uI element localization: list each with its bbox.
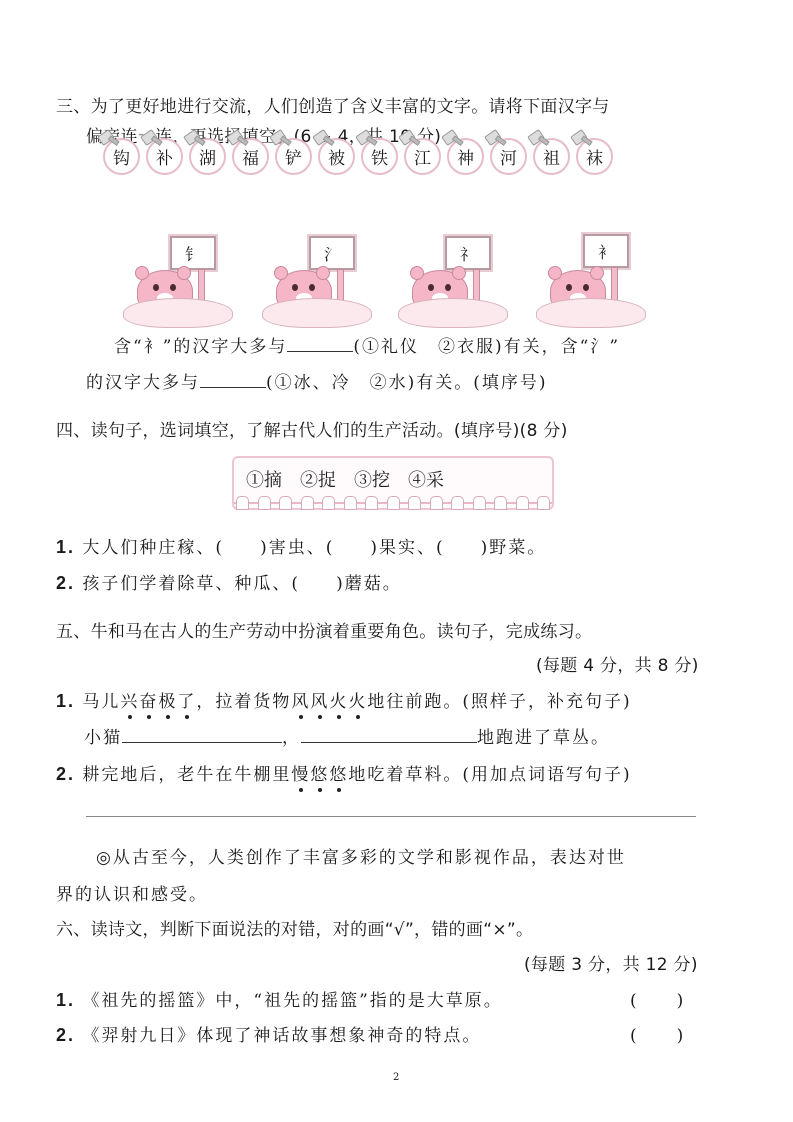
true-false-answer-1[interactable]: ( ) <box>630 986 685 1011</box>
mole-ear <box>548 266 562 280</box>
mole-eye <box>170 284 176 291</box>
mole-radical-card[interactable]: 衤 <box>528 234 658 319</box>
mole-ear <box>274 266 288 280</box>
section5-question-2: 2. 耕完地后，老牛在牛棚里慢悠悠地吃着草料。(用加点词语写句子) <box>56 760 632 785</box>
mole-radical-card[interactable]: 钅 <box>115 236 245 321</box>
fence-decoration <box>236 496 550 510</box>
mole-radical-card[interactable]: 氵 <box>254 236 384 321</box>
char-bubble[interactable]: 钩 <box>103 138 140 175</box>
section4-question-1: 1. 大人们种庄稼、()害虫、()果实、()野菜。 <box>56 533 546 558</box>
character-bubble-row: 钩 补 湖 福 铲 被 铁 江 神 河 祖 袜 <box>103 138 613 175</box>
cloud-icon <box>123 298 233 328</box>
radical-sign: 衤 <box>583 234 629 268</box>
mole-eye <box>309 284 315 291</box>
dotted-char: 火 <box>348 687 367 712</box>
mole-eye <box>445 284 451 291</box>
mole-ear <box>590 266 604 280</box>
char-bubble[interactable]: 神 <box>447 138 484 175</box>
word-options: ①摘 ②捉 ③挖 ④采 <box>246 466 444 492</box>
mole-eye <box>292 284 298 291</box>
char-bubble[interactable]: 补 <box>146 138 183 175</box>
char-bubble[interactable]: 河 <box>490 138 527 175</box>
section5-question-1: 1. 马儿兴奋极了，拉着货物风风火火地往前跑。(照样子，补充句子) <box>56 687 632 712</box>
dotted-char: 火 <box>329 687 348 712</box>
char-bubble[interactable]: 祖 <box>533 138 570 175</box>
mole-ear <box>316 266 330 280</box>
section3-fill-line2: 的汉字大多与(①冰、冷 ②水)有关。(填序号) <box>86 368 548 393</box>
dotted-char: 悠 <box>329 760 348 785</box>
section5-question-1-fill: 小猫，地跑进了草丛。 <box>84 723 610 748</box>
section6-title: 六、读诗文，判断下面说法的对错，对的画“√”，错的画“×”。 <box>56 915 533 940</box>
radical-sign: 礻 <box>445 236 491 270</box>
answer-blank[interactable] <box>301 728 477 743</box>
section5-title: 五、牛和马在古人的生产劳动中扮演着重要角色。读句子，完成练习。 <box>56 617 592 642</box>
section5-score: (每题 4 分，共 8 分) <box>536 651 699 676</box>
mole-ear <box>177 266 191 280</box>
mole-ear <box>135 266 149 280</box>
section4-title: 四、读句子，选词填空，了解古代人们的生产活动。(填序号)(8 分) <box>56 416 568 441</box>
intro-line2: 界的认识和感受。 <box>56 880 208 905</box>
cloud-icon <box>398 298 508 328</box>
char-bubble[interactable]: 被 <box>318 138 355 175</box>
char-bubble[interactable]: 福 <box>232 138 269 175</box>
section4-question-2: 2. 孩子们学着除草、种瓜、()蘑菇。 <box>56 569 402 594</box>
mole-eye <box>566 284 572 291</box>
sign-pole <box>611 267 618 301</box>
cloud-icon <box>536 298 646 328</box>
answer-line[interactable] <box>86 816 696 817</box>
section3-title-line1: 三、为了更好地进行交流，人们创造了含义丰富的文字。请将下面汉字与 <box>56 92 610 117</box>
word-options-banner: ①摘 ②捉 ③挖 ④采 <box>232 456 554 510</box>
dotted-char: 了 <box>177 687 196 712</box>
answer-blank[interactable] <box>122 728 282 743</box>
radical-sign: 钅 <box>170 236 216 270</box>
mole-eye <box>153 284 159 291</box>
intro-line1: ◎从古至今，人类创作了丰富多彩的文学和影视作品，表达对世 <box>96 843 626 868</box>
cloud-icon <box>262 298 372 328</box>
mole-ear <box>452 266 466 280</box>
dotted-char: 风 <box>291 687 310 712</box>
sign-pole <box>337 269 344 303</box>
dotted-char: 兴 <box>120 687 139 712</box>
dotted-char: 慢 <box>291 760 310 785</box>
section6-question-1: 1. 《祖先的摇篮》中，“祖先的摇篮”指的是大草原。 <box>56 986 503 1011</box>
mole-eye <box>583 284 589 291</box>
true-false-answer-2[interactable]: ( ) <box>630 1021 685 1046</box>
radical-sign: 氵 <box>309 236 355 270</box>
char-bubble[interactable]: 湖 <box>189 138 226 175</box>
dotted-char: 奋 <box>139 687 158 712</box>
char-bubble[interactable]: 袜 <box>576 138 613 175</box>
section3-fill-line1: 含“衤”的汉字大多与(①礼仪 ②衣服)有关，含“氵” <box>114 332 620 357</box>
page-number: 2 <box>393 1072 399 1083</box>
char-bubble[interactable]: 江 <box>404 138 441 175</box>
char-bubble[interactable]: 铲 <box>275 138 312 175</box>
answer-blank[interactable] <box>287 337 353 352</box>
answer-blank[interactable] <box>200 373 266 388</box>
char-bubble[interactable]: 铁 <box>361 138 398 175</box>
sign-pole <box>198 269 205 303</box>
dotted-char: 风 <box>310 687 329 712</box>
dotted-char: 极 <box>158 687 177 712</box>
dotted-char: 悠 <box>310 760 329 785</box>
section6-score: (每题 3 分，共 12 分) <box>524 950 698 975</box>
mole-ear <box>410 266 424 280</box>
sign-pole <box>473 269 480 303</box>
section6-question-2: 2. 《羿射九日》体现了神话故事想象神奇的特点。 <box>56 1021 481 1046</box>
mole-eye <box>428 284 434 291</box>
mole-radical-card[interactable]: 礻 <box>390 236 520 321</box>
